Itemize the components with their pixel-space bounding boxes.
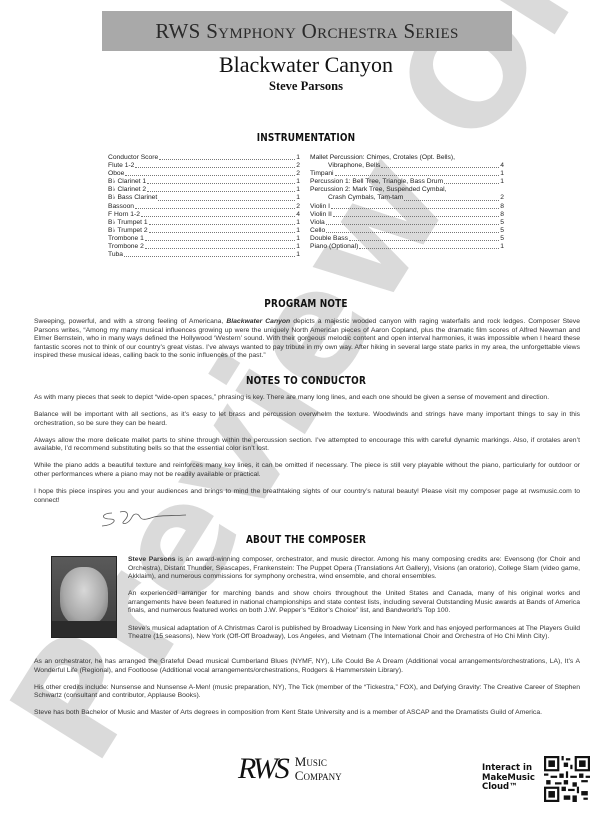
piece-title: Blackwater Canyon [0, 52, 612, 78]
bio-paragraph: His other credits include: Nunsense and … [34, 684, 580, 701]
composer-name: Steve Parsons [0, 79, 612, 94]
bio-paragraph: As an orchestrator, he has arranged the … [34, 658, 580, 675]
rws-music-company-logo: RWS MusicCompany [238, 752, 342, 786]
instrument-row: Double Bass5 [310, 235, 504, 243]
composer-bio-beside-photo: Steve Parsons is an award-winning compos… [128, 556, 580, 650]
program-note-text: Sweeping, powerful, and with a strong fe… [34, 318, 580, 369]
bio-paragraph: An experienced arranger for marching ban… [128, 590, 580, 616]
note-paragraph: While the piano adds a beautiful texture… [34, 462, 580, 479]
piece-title-inline: Blackwater Canyon [226, 318, 290, 325]
note-paragraph: Balance will be important with all secti… [34, 411, 580, 428]
note-paragraph: As with many pieces that seek to depict … [34, 394, 580, 403]
about-composer-heading: ABOUT THE COMPOSER [46, 534, 566, 546]
note-paragraph: I hope this piece inspires you and your … [34, 488, 580, 505]
notes-to-conductor-text: As with many pieces that seek to depict … [34, 394, 580, 514]
instrument-row: F Horn 1-24 [108, 211, 300, 219]
instrument-row: Violin I8 [310, 203, 504, 211]
instrument-row: Timpani1 [310, 170, 504, 178]
instrument-row: Tuba1 [108, 251, 300, 259]
series-banner: RWS Symphony Orchestra Series [102, 11, 512, 51]
notes-to-conductor-heading: NOTES TO CONDUCTOR [46, 375, 566, 387]
instrument-row: B♭ Bass Clarinet1 [108, 194, 300, 202]
bio-name: Steve Parsons [128, 556, 176, 563]
instrument-row: Cello5 [310, 227, 504, 235]
instrument-row: Bassoon2 [108, 203, 300, 211]
makemusic-cloud-label: Interact in MakeMusic Cloud™ [482, 764, 535, 793]
instrumentation-list-right: Mallet Percussion: Chimes, Crotales (Opt… [310, 154, 504, 251]
program-note-heading: PROGRAM NOTE [46, 298, 566, 310]
instrument-row-continued: Crash Cymbals, Tam-tam2 [310, 194, 504, 202]
series-banner-text: RWS Symphony Orchestra Series [155, 19, 458, 44]
instrument-row: Percussion 1: Bell Tree, Triangle, Bass … [310, 178, 504, 186]
instrument-row: B♭ Trumpet 11 [108, 219, 300, 227]
instrument-row: Conductor Score1 [108, 154, 300, 162]
bio-paragraph: Steve has both Bachelor of Music and Mas… [34, 709, 580, 718]
instrumentation-list-left: Conductor Score1Flute 1-22Oboe2B♭ Clarin… [108, 154, 300, 259]
instrument-row: Percussion 2: Mark Tree, Suspended Cymba… [310, 186, 504, 194]
instrument-row-continued: Vibraphone, Bells4 [310, 162, 504, 170]
instrument-row: Viola5 [310, 219, 504, 227]
instrument-row: Mallet Percussion: Chimes, Crotales (Opt… [310, 154, 504, 162]
instrument-row: Trombone 11 [108, 235, 300, 243]
qr-code-icon[interactable] [544, 756, 590, 802]
instrument-row: Trombone 21 [108, 243, 300, 251]
composer-signature [98, 507, 188, 529]
instrumentation-heading: INSTRUMENTATION [46, 132, 566, 144]
instrument-row: Piano (Optional)1 [310, 243, 504, 251]
composer-bio-full: As an orchestrator, he has arranged the … [34, 658, 580, 726]
rws-logo-mark: RWS [238, 752, 287, 786]
instrument-row: B♭ Trumpet 21 [108, 227, 300, 235]
composer-photo [51, 556, 117, 638]
bio-paragraph: Steve’s musical adaptation of A Christma… [128, 625, 580, 642]
note-paragraph: Always allow the more delicate mallet pa… [34, 437, 580, 454]
instrument-row: Flute 1-22 [108, 162, 300, 170]
instrument-row: Violin II8 [310, 211, 504, 219]
